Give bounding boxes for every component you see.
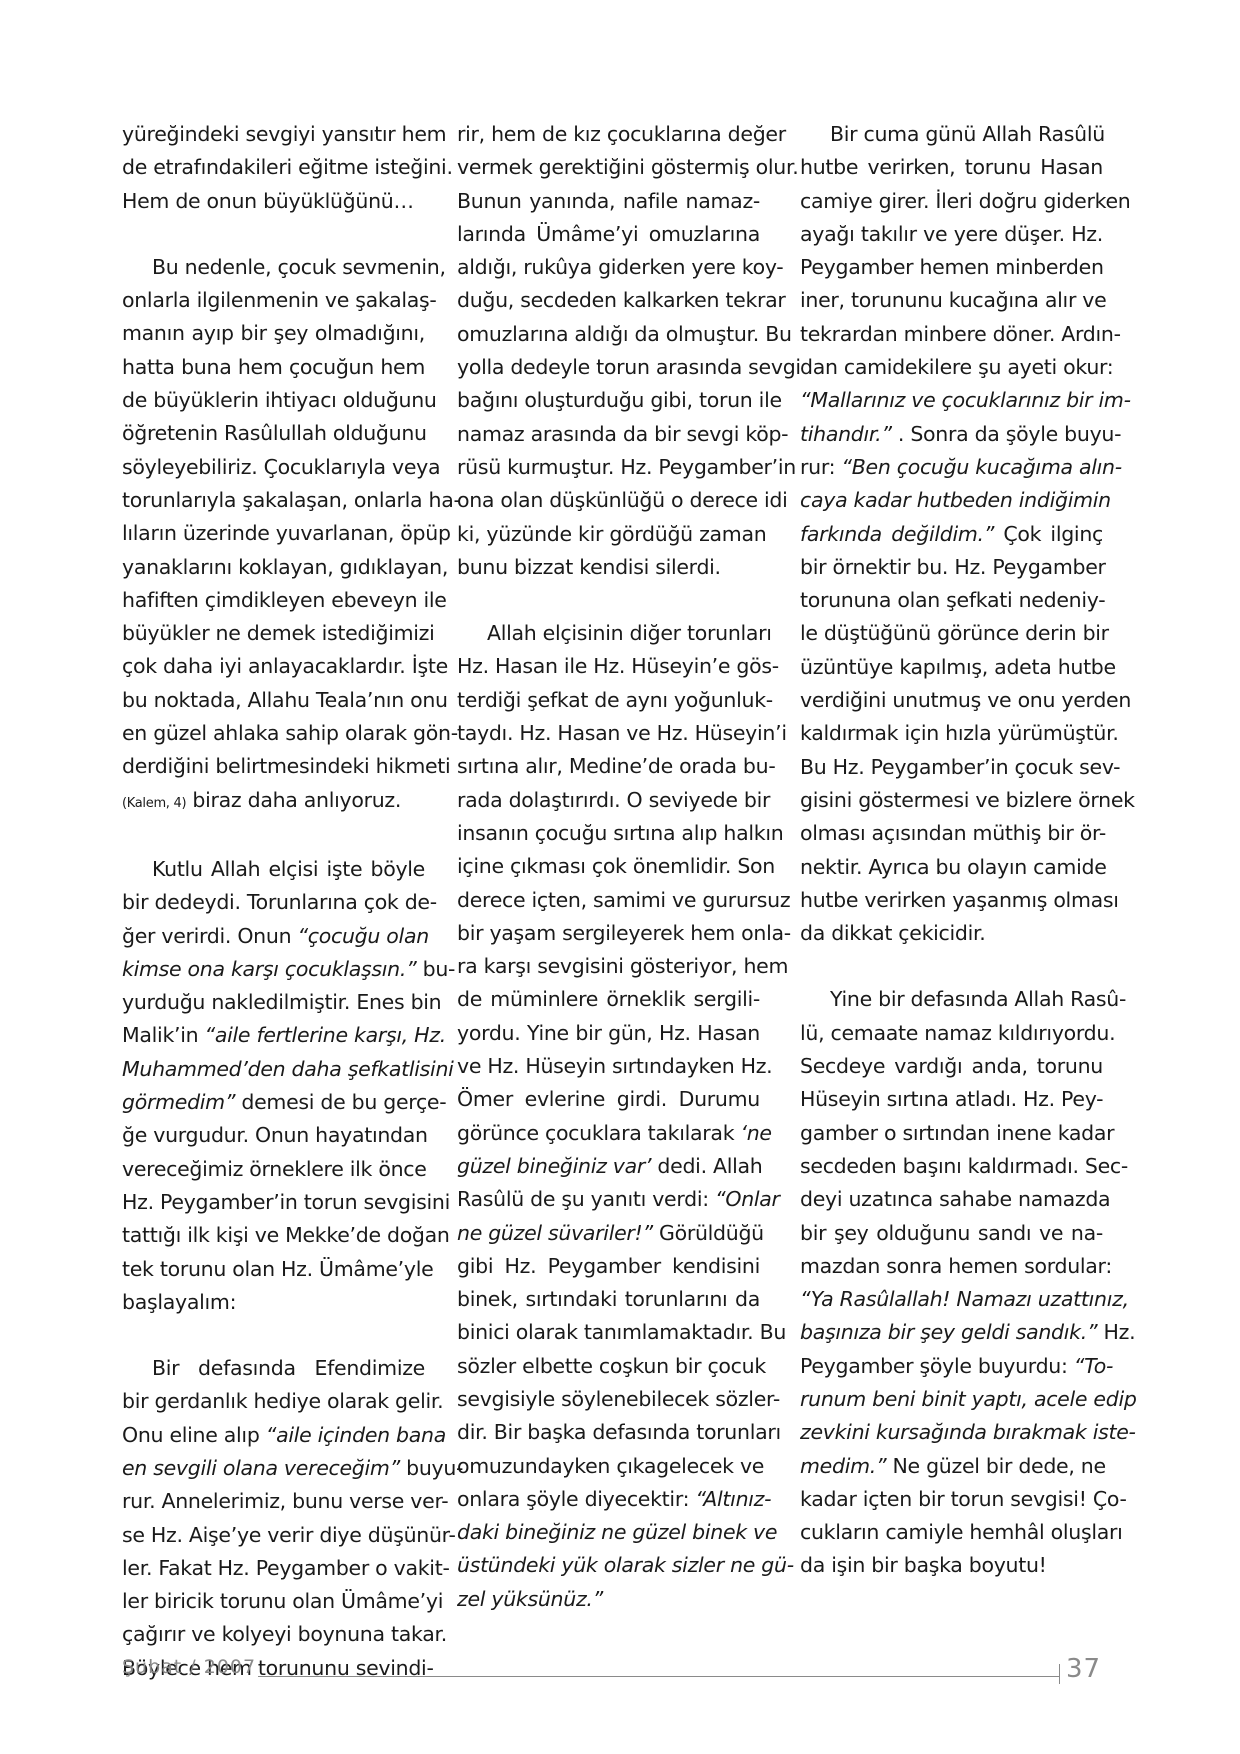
text-line: taydı. Hz. Hasan ve Hz. Hüseyin’i: [457, 717, 760, 750]
text-line: “Ya Rasûlallah! Namazı uzattınız,: [800, 1283, 1103, 1316]
text-line: deyi uzatınca sahabe namazda: [800, 1183, 1103, 1216]
text-line: aldığı, rukûya giderken yere koy-: [457, 251, 760, 284]
text-line: üstündeki yük olarak sizler ne gü-: [457, 1549, 760, 1582]
text-line: güzel bineğiniz var’ dedi. Allah: [457, 1150, 760, 1183]
text-line: içine çıkması çok önemlidir. Son: [457, 850, 760, 883]
text-line: daki bineğiniz ne güzel binek ve: [457, 1516, 760, 1549]
text-line: olması açısından müthiş bir ör-: [800, 817, 1103, 850]
text-line: en sevgili olana vereceğim” buyu-: [122, 1452, 425, 1485]
text-line: “Mallarınız ve çocuklarınız bir im-: [800, 384, 1103, 417]
paragraph: Allah elçisinin diğer torunlarıHz. Hasan…: [457, 617, 760, 1616]
text-line: nektir. Ayrıca bu olayın camide: [800, 851, 1103, 884]
text-line: lıların üzerinde yuvarlanan, öpüp: [122, 517, 425, 550]
text-line: runum beni binit yaptı, acele edip: [800, 1383, 1103, 1416]
text-line: bunu bizzat kendisi silerdi.: [457, 551, 760, 584]
text-line: se Hz. Aişe’ye verir diye düşünür-: [122, 1519, 425, 1552]
text-line: Bunun yanında, nafile namaz-: [457, 185, 760, 218]
text-line: torununa olan şefkati nedeniy-: [800, 584, 1103, 617]
text-line: ayağı takılır ve yere düşer. Hz.: [800, 218, 1103, 251]
text-line: yanaklarını koklayan, gıdıklayan,: [122, 551, 425, 584]
text-line: omuzlarına aldığı da olmuştur. Bu: [457, 318, 760, 351]
issue-date: Şubat / 2007: [122, 1656, 256, 1678]
text-line: söyleyebiliriz. Çocuklarıyla veya: [122, 451, 425, 484]
text-line: Onu eline alıp “aile içinden bana: [122, 1419, 425, 1452]
text-line: vereceğimiz örneklere ilk önce: [122, 1153, 425, 1186]
text-line: ler biricik torunu olan Ümâme’yi: [122, 1585, 425, 1618]
text-line: dan camidekilere şu ayeti okur:: [800, 351, 1103, 384]
column-right: Bir cuma günü Allah Rasûlühutbe verirken…: [800, 118, 1103, 1583]
text-line: torunlarıyla şakalaşan, onlarla ha-: [122, 484, 425, 517]
text-line: bir yaşam sergileyerek hem onla-: [457, 917, 760, 950]
text-line: Bu Hz. Peygamber’in çocuk sev-: [800, 751, 1103, 784]
text-line: ra karşı sevgisini gösteriyor, hem: [457, 950, 760, 983]
text-line: ğer verirdi. Onun “çocuğu olan: [122, 920, 425, 953]
text-line: da dikkat çekicidir.: [800, 917, 1103, 950]
text-line: onlarla ilgilenmenin ve şakalaş-: [122, 284, 425, 317]
text-line: görmedim” demesi de bu gerçe-: [122, 1086, 425, 1119]
text-line: hafiften çimdikleyen ebeveyn ile: [122, 584, 425, 617]
text-line: ne güzel süvariler!” Görüldüğü: [457, 1217, 760, 1250]
text-line: gibi Hz. Peygamber kendisini: [457, 1250, 760, 1283]
text-line: onlara şöyle diyecektir: “Altınız-: [457, 1483, 760, 1516]
text-line: de etrafındakileri eğitme isteğini.: [122, 151, 425, 184]
text-line: gamber o sırtından inene kadar: [800, 1117, 1103, 1150]
text-line: rada dolaştırırdı. O seviyede bir: [457, 784, 760, 817]
text-line: gisini göstermesi ve bizlere örnek: [800, 784, 1103, 817]
text-line: ler. Fakat Hz. Peygamber o vakit-: [122, 1552, 425, 1585]
text-line: medim.” Ne güzel bir dede, ne: [800, 1450, 1103, 1483]
page-number: 37: [1066, 1654, 1101, 1684]
text-line: yolla dedeyle torun arasında sevgi: [457, 351, 760, 384]
text-line: bir örnektir bu. Hz. Peygamber: [800, 551, 1103, 584]
text-line: farkında değildim.” Çok ilginç: [800, 518, 1103, 551]
citation: (Kalem, 4): [122, 796, 186, 811]
paragraph: rir, hem de kız çocuklarına değervermek …: [457, 118, 760, 584]
text-line: rur: “Ben çocuğu kucağıma alın-: [800, 451, 1103, 484]
text-line: Bir defasında Efendimize: [122, 1352, 425, 1385]
text-line: bağını oluşturduğu gibi, torun ile: [457, 384, 760, 417]
text-line: ki, yüzünde kir gördüğü zaman: [457, 518, 760, 551]
text-line: bu noktada, Allahu Teala’nın onu: [122, 684, 425, 717]
text-line: başınıza bir şey geldi sandık.” Hz.: [800, 1316, 1103, 1349]
text-line: rir, hem de kız çocuklarına değer: [457, 118, 760, 151]
text-line: camiye girer. İleri doğru giderken: [800, 185, 1103, 218]
text-line: bir gerdanlık hediye olarak gelir.: [122, 1385, 425, 1418]
text-line: larında Ümâme’yi omuzlarına: [457, 218, 760, 251]
text-line: rur. Annelerimiz, bunu verse ver-: [122, 1485, 425, 1518]
column-left: yüreğindeki sevgiyi yansıtır hemde etraf…: [122, 118, 425, 1685]
text-line: Allah elçisinin diğer torunları: [457, 617, 760, 650]
paragraph: Kutlu Allah elçisi işte böylebir dedeydi…: [122, 853, 425, 1319]
text-line: Hz. Hasan ile Hz. Hüseyin’e gös-: [457, 650, 760, 683]
text-line: bir şey olduğunu sandı ve na-: [800, 1217, 1103, 1250]
text-line: sözler elbette coşkun bir çocuk: [457, 1350, 760, 1383]
paragraph: Bir defasında Efendimizebir gerdanlık he…: [122, 1352, 425, 1685]
text-line: binici olarak tanımlamaktadır. Bu: [457, 1316, 760, 1349]
text-line: iner, torununu kucağına alır ve: [800, 284, 1103, 317]
text-line: tihandır.” . Sonra da şöyle buyu-: [800, 418, 1103, 451]
text-line: de büyüklerin ihtiyacı olduğunu: [122, 384, 425, 417]
text-line: da işin bir başka boyutu!: [800, 1549, 1103, 1582]
footer-rule: [258, 1676, 1060, 1677]
text-line: duğu, secdeden kalkarken tekrar: [457, 284, 760, 317]
text-line: tek torunu olan Hz. Ümâme’yle: [122, 1253, 425, 1286]
text-line: derdiğini belirtmesindeki hikmeti: [122, 750, 425, 783]
text-line: Hz. Peygamber’in torun sevgisini: [122, 1186, 425, 1219]
text-line: Rasûlü de şu yanıtı verdi: “Onlar: [457, 1183, 760, 1216]
text-line: hutbe verirken yaşanmış olması: [800, 884, 1103, 917]
text-line: Yine bir defasında Allah Rasû-: [800, 983, 1103, 1016]
text-line: en güzel ahlaka sahip olarak gön-: [122, 717, 425, 750]
text-line: Malik’in “aile fertlerine karşı, Hz.: [122, 1019, 425, 1052]
text-line: derece içten, samimi ve gurursuz: [457, 884, 760, 917]
text-line: çok daha iyi anlayacaklardır. İşte: [122, 650, 425, 683]
text-line: Hüseyin sırtına atladı. Hz. Pey-: [800, 1083, 1103, 1116]
paragraph: Bu nedenle, çocuk sevmenin,onlarla ilgil…: [122, 251, 425, 820]
text-line: Muhammed’den daha şefkatlisini: [122, 1053, 425, 1086]
column-middle: rir, hem de kız çocuklarına değervermek …: [457, 118, 760, 1616]
text-line: büyükler ne demek istediğimizi: [122, 617, 425, 650]
text-line: sırtına alır, Medine’de orada bu-: [457, 750, 760, 783]
text-line: insanın çocuğu sırtına alıp halkın: [457, 817, 760, 850]
text-line: yordu. Yine bir gün, Hz. Hasan: [457, 1017, 760, 1050]
text-line: tekrardan minbere döner. Ardın-: [800, 318, 1103, 351]
paragraph: Bir cuma günü Allah Rasûlühutbe verirken…: [800, 118, 1103, 950]
text-line: bir dedeydi. Torunlarına çok de-: [122, 886, 425, 919]
text-line: binek, sırtındaki torunlarını da: [457, 1283, 760, 1316]
text-line: dir. Bir başka defasında torunları: [457, 1416, 760, 1449]
text-line: de müminlere örneklik sergili-: [457, 983, 760, 1016]
text-line: ona olan düşkünlüğü o derece idi: [457, 484, 760, 517]
text-line: zel yüksünüz.”: [457, 1583, 760, 1616]
text-line: öğretenin Rasûlullah olduğunu: [122, 417, 425, 450]
footer-tick: [1059, 1664, 1060, 1684]
text-line: namaz arasında da bir sevgi köp-: [457, 418, 760, 451]
text-line: Peygamber şöyle buyurdu: “To-: [800, 1350, 1103, 1383]
text-line: çağırır ve kolyeyi boynuna takar.: [122, 1618, 425, 1651]
paragraph: yüreğindeki sevgiyi yansıtır hemde etraf…: [122, 118, 425, 218]
text-line: Kutlu Allah elçisi işte böyle: [122, 853, 425, 886]
text-line: terdiği şefkat de aynı yoğunluk-: [457, 684, 760, 717]
text-line: manın ayıp bir şey olmadığını,: [122, 317, 425, 350]
text-line-with-reference: (Kalem, 4) biraz daha anlıyoruz.: [122, 784, 425, 820]
text-line: görünce çocuklara takılarak ‘ne: [457, 1117, 760, 1150]
text-line: sevgisiyle söylenebilecek sözler-: [457, 1383, 760, 1416]
text-line: mazdan sonra hemen sordular:: [800, 1250, 1103, 1283]
text-line: omuzundayken çıkagelecek ve: [457, 1450, 760, 1483]
text-line: ve Hz. Hüseyin sırtındayken Hz.: [457, 1050, 760, 1083]
text-line: ğe vurgudur. Onun hayatından: [122, 1119, 425, 1152]
text-line: lü, cemaate namaz kıldırıyordu.: [800, 1017, 1103, 1050]
text-line: cukların camiyle hemhâl oluşları: [800, 1516, 1103, 1549]
text-line: kadar içten bir torun sevgisi! Ço-: [800, 1483, 1103, 1516]
text-line: hutbe verirken, torunu Hasan: [800, 151, 1103, 184]
text-line: Bu nedenle, çocuk sevmenin,: [122, 251, 425, 284]
text-line: Ömer evlerine girdi. Durumu: [457, 1083, 760, 1116]
text-line: tattığı ilk kişi ve Mekke’de doğan: [122, 1219, 425, 1252]
text-line: başlayalım:: [122, 1286, 425, 1319]
paragraph: Yine bir defasında Allah Rasû-lü, cemaat…: [800, 983, 1103, 1582]
text-line: Secdeye vardığı anda, torunu: [800, 1050, 1103, 1083]
text-line: caya kadar hutbeden indiğimin: [800, 484, 1103, 517]
text-line: hatta buna hem çocuğun hem: [122, 351, 425, 384]
text-line: secdeden başını kaldırmadı. Sec-: [800, 1150, 1103, 1183]
text-line: zevkini kursağında bırakmak iste-: [800, 1416, 1103, 1449]
text-line: kaldırmak için hızla yürümüştür.: [800, 717, 1103, 750]
text-line: Bir cuma günü Allah Rasûlü: [800, 118, 1103, 151]
text-line: verdiğini unutmuş ve onu yerden: [800, 684, 1103, 717]
text-line: vermek gerektiğini göstermiş olur.: [457, 151, 760, 184]
text-line: üzüntüye kapılmış, adeta hutbe: [800, 651, 1103, 684]
text-line: Hem de onun büyüklüğünü…: [122, 185, 425, 218]
text-line: rüsü kurmuştur. Hz. Peygamber’in: [457, 451, 760, 484]
text-line: yüreğindeki sevgiyi yansıtır hem: [122, 118, 425, 151]
text-line: kimse ona karşı çocuklaşsın.” bu-: [122, 953, 425, 986]
text-line: Peygamber hemen minberden: [800, 251, 1103, 284]
text-line: le düştüğünü görünce derin bir: [800, 617, 1103, 650]
text-line: yurduğu nakledilmiştir. Enes bin: [122, 986, 425, 1019]
